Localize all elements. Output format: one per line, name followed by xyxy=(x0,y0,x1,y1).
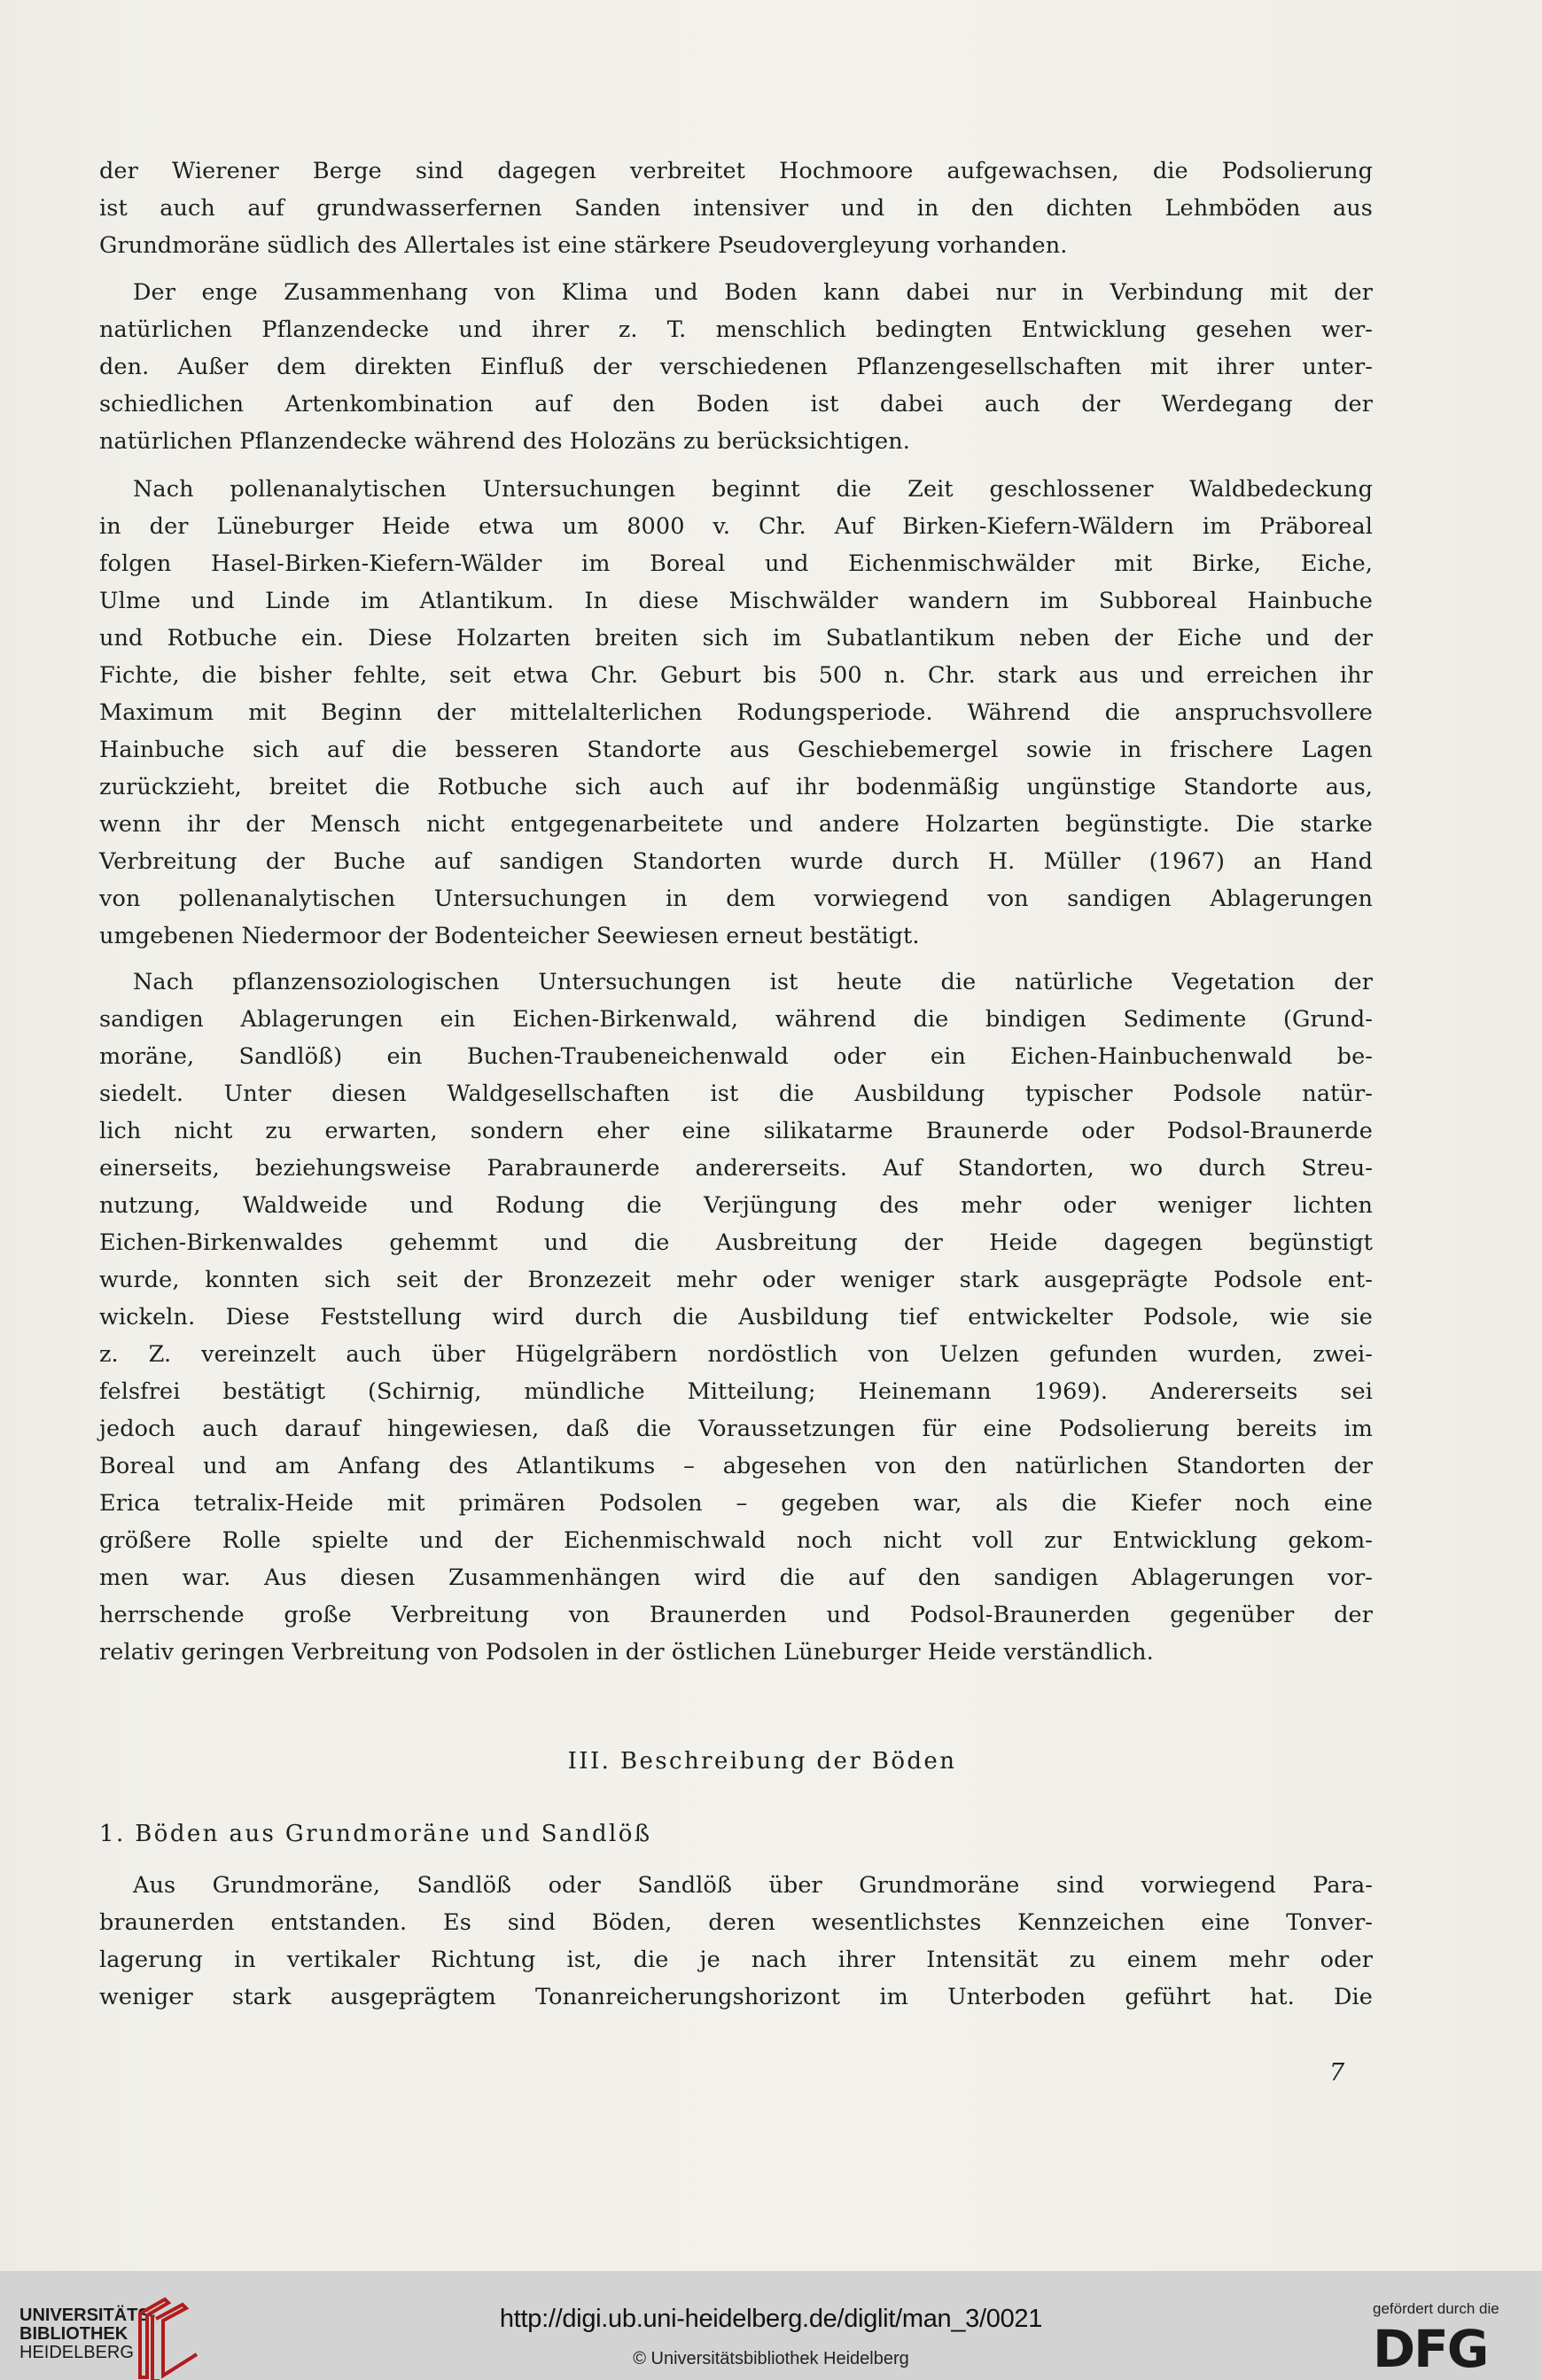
text-line: braunerden entstanden. Es sind Böden, de… xyxy=(99,1908,1373,1938)
text-line: Eichen-Birkenwaldes gehemmt und die Ausb… xyxy=(99,1228,1373,1258)
text-line: Boreal und am Anfang des Atlantikums – a… xyxy=(99,1451,1373,1481)
text-line: z. Z. vereinzelt auch über Hügelgräbern … xyxy=(99,1339,1373,1369)
chapter-heading: III. Beschreibung der Böden xyxy=(0,1746,1542,1776)
text-line: zurückzieht, breitet die Rotbuche sich a… xyxy=(99,772,1373,802)
section-heading: 1. Böden aus Grundmoräne und Sandlöß xyxy=(99,1819,652,1849)
text-line: Verbreitung der Buche auf sandigen Stand… xyxy=(99,847,1373,877)
text-line: wickeln. Diese Feststellung wird durch d… xyxy=(99,1302,1373,1332)
text-line: relativ geringen Verbreitung von Podsole… xyxy=(99,1637,1373,1667)
text-line: weniger stark ausgeprägtem Tonanreicheru… xyxy=(99,1982,1373,2012)
text-line: natürlichen Pflanzendecke und ihrer z. T… xyxy=(99,315,1373,345)
text-line: sandigen Ablagerungen ein Eichen-Birkenw… xyxy=(99,1004,1373,1034)
copyright-notice: © Universitätsbibliothek Heidelberg xyxy=(0,2349,1542,2369)
text-line: men war. Aus diesen Zusammenhängen wird … xyxy=(99,1563,1373,1593)
text-line: Maximum mit Beginn der mittelalterlichen… xyxy=(99,698,1373,728)
text-line: lagerung in vertikaler Richtung ist, die… xyxy=(99,1945,1373,1975)
text-line: Nach pollenanalytischen Untersuchungen b… xyxy=(99,474,1373,504)
text-line: umgebenen Niedermoor der Bodenteicher Se… xyxy=(99,921,1373,951)
text-line: größere Rolle spielte und der Eichenmisc… xyxy=(99,1526,1373,1556)
text-line: Der enge Zusammenhang von Klima und Bode… xyxy=(99,277,1373,308)
text-line: herrschende große Verbreitung von Braune… xyxy=(99,1600,1373,1630)
text-line: wurde, konnten sich seit der Bronzezeit … xyxy=(99,1265,1373,1295)
digitization-footer: UNIVERSITÄTS- BIBLIOTHEK HEIDELBERG http… xyxy=(0,2271,1542,2380)
text-line: und Rotbuche ein. Diese Holzarten breite… xyxy=(99,623,1373,653)
text-line: Nach pflanzensoziologischen Untersuchung… xyxy=(99,967,1373,997)
text-line: natürlichen Pflanzendecke während des Ho… xyxy=(99,426,1373,456)
text-line: Erica tetralix-Heide mit primären Podsol… xyxy=(99,1488,1373,1518)
text-line: folgen Hasel-Birken-Kiefern-Wälder im Bo… xyxy=(99,549,1373,579)
text-line: von pollenanalytischen Untersuchungen in… xyxy=(99,884,1373,914)
text-line: in der Lüneburger Heide etwa um 8000 v. … xyxy=(99,511,1373,542)
text-line: Grundmoräne südlich des Allertales ist e… xyxy=(99,230,1373,261)
text-line: Aus Grundmoräne, Sandlöß oder Sandlöß üb… xyxy=(99,1870,1373,1900)
text-line: ist auch auf grundwasserfernen Sanden in… xyxy=(99,193,1373,223)
text-line: Hainbuche sich auf die besseren Standort… xyxy=(99,735,1373,765)
text-line: schiedlichen Artenkombination auf den Bo… xyxy=(99,389,1373,419)
text-line: moräne, Sandlöß) ein Buchen-Traubeneiche… xyxy=(99,1042,1373,1072)
text-line: der Wierener Berge sind dagegen verbreit… xyxy=(99,156,1373,186)
text-line: nutzung, Waldweide und Rodung die Verjün… xyxy=(99,1190,1373,1221)
text-line: siedelt. Unter diesen Waldgesellschaften… xyxy=(99,1079,1373,1109)
text-line: Fichte, die bisher fehlte, seit etwa Chr… xyxy=(99,660,1373,691)
text-line: lich nicht zu erwarten, sondern eher ein… xyxy=(99,1116,1373,1146)
text-line: einerseits, beziehungsweise Parabraunerd… xyxy=(99,1153,1373,1183)
text-line: wenn ihr der Mensch nicht entgegenarbeit… xyxy=(99,809,1373,839)
permalink-url[interactable]: http://digi.ub.uni-heidelberg.de/diglit/… xyxy=(0,2305,1542,2334)
text-line: felsfrei bestätigt (Schirnig, mündliche … xyxy=(99,1377,1373,1407)
scanned-page: der Wierener Berge sind dagegen verbreit… xyxy=(0,0,1542,2271)
text-line: Ulme und Linde im Atlantikum. In diese M… xyxy=(99,586,1373,616)
page-number: 7 xyxy=(1329,2059,1344,2087)
dfg-logo-icon: DFG xyxy=(1373,2322,1487,2376)
text-line: jedoch auch darauf hingewiesen, daß die … xyxy=(99,1414,1373,1444)
text-line: den. Außer dem direkten Einfluß der vers… xyxy=(99,352,1373,382)
funding-caption: gefördert durch die xyxy=(1373,2300,1499,2318)
